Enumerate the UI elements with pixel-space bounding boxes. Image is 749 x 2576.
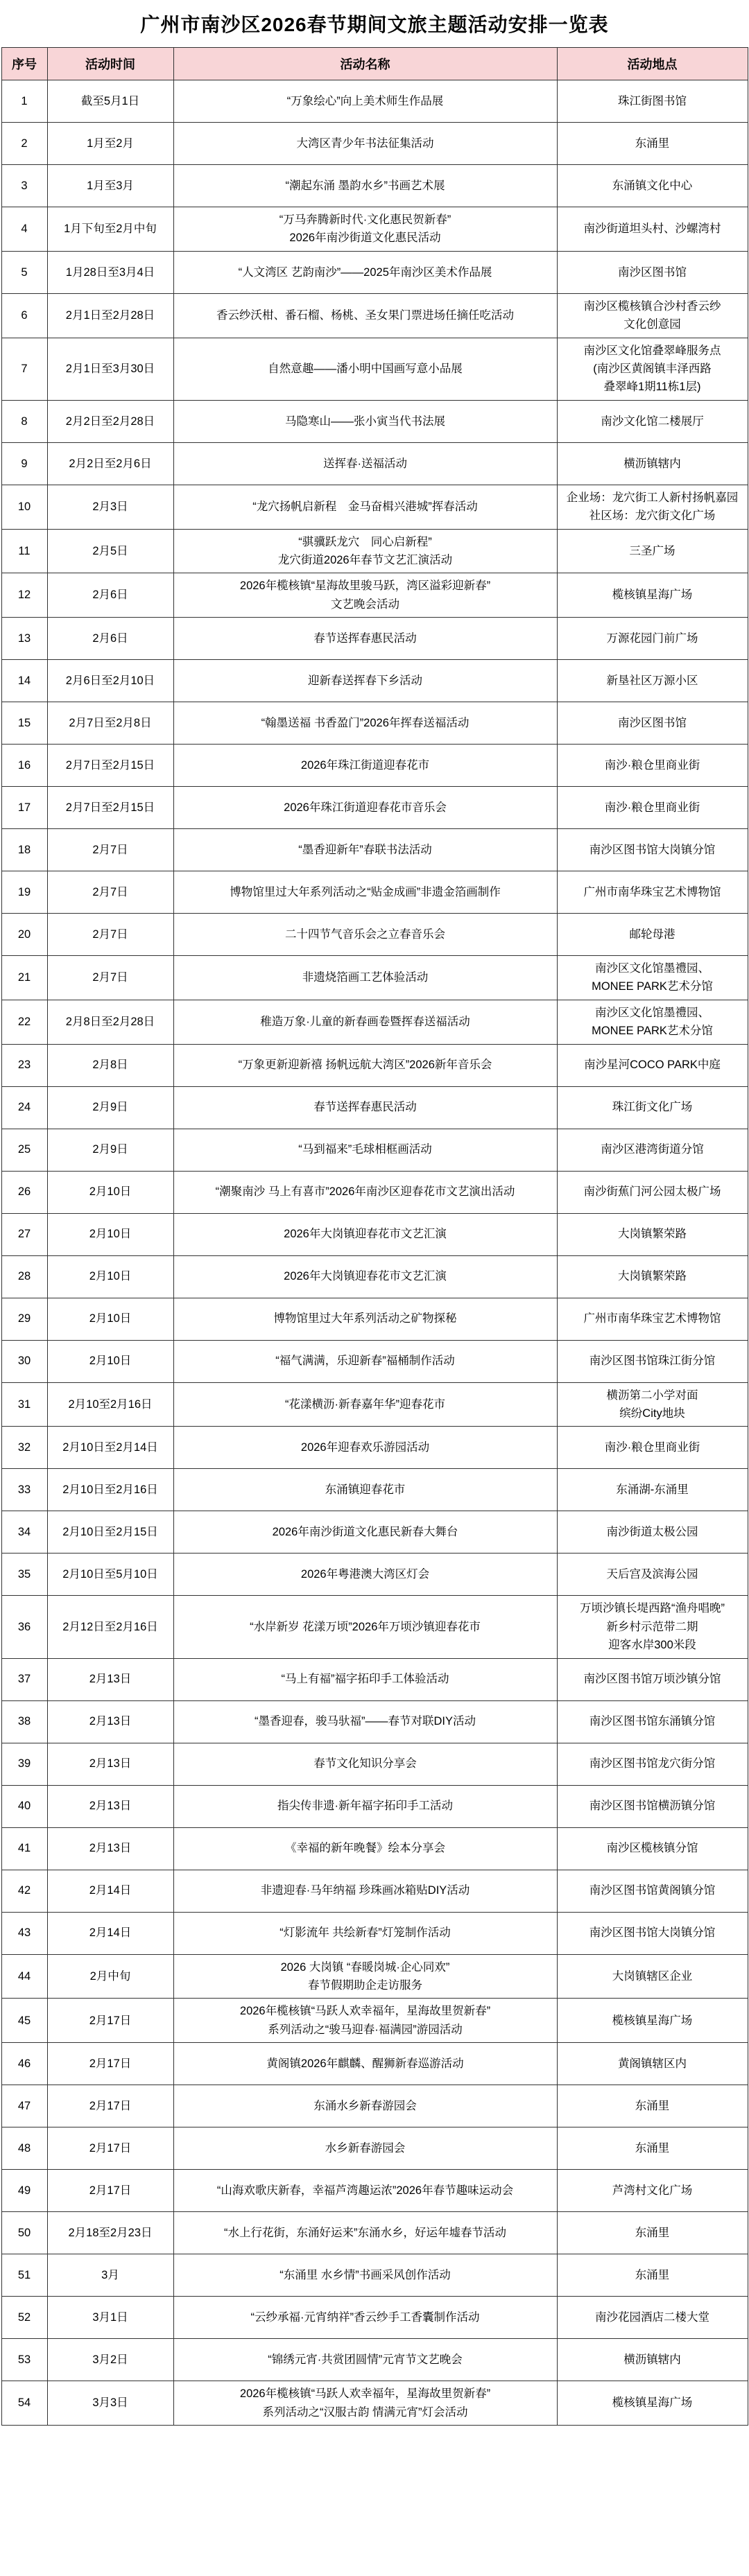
cell-activity-name: 2026年大岗镇迎春花市文艺汇演 bbox=[173, 1213, 557, 1255]
cell-activity-location: 广州市南华珠宝艺术博物馆 bbox=[557, 1298, 748, 1340]
table-row: 37 2月13日 “马上有福”福字拓印手工体验活动 南沙区图书馆万顷沙镇分馆 bbox=[1, 1658, 748, 1700]
cell-activity-time: 2月13日 bbox=[47, 1827, 173, 1870]
cell-activity-location: 大岗镇繁荣路 bbox=[557, 1255, 748, 1298]
cell-activity-name: 指尖传非遗·新年福字拓印手工活动 bbox=[173, 1785, 557, 1827]
cell-serial-number: 29 bbox=[1, 1298, 47, 1340]
cell-activity-name: “马上有福”福字拓印手工体验活动 bbox=[173, 1658, 557, 1700]
cell-activity-name: 二十四节气音乐会之立春音乐会 bbox=[173, 914, 557, 956]
cell-activity-name: 稚造万象·儿童的新春画卷暨挥春送福活动 bbox=[173, 1000, 557, 1044]
cell-activity-name: “翰墨送福 书香盈门”2026年挥春送福活动 bbox=[173, 702, 557, 745]
cell-activity-time: 2月10日至2月16日 bbox=[47, 1469, 173, 1511]
cell-activity-location: 广州市南华珠宝艺术博物馆 bbox=[557, 871, 748, 914]
cell-serial-number: 2 bbox=[1, 123, 47, 165]
cell-activity-location: 万顷沙镇长堤西路“渔舟唱晚” 新乡村示范带二期 迎客水岸300米段 bbox=[557, 1596, 748, 1658]
cell-activity-location: 南沙区图书馆大岗镇分馆 bbox=[557, 1912, 748, 1954]
table-row: 30 2月10日 “福气满满，乐迎新春”福桶制作活动 南沙区图书馆珠江街分馆 bbox=[1, 1340, 748, 1382]
cell-activity-time: 2月18至2月23日 bbox=[47, 2212, 173, 2254]
cell-activity-time: 2月7日 bbox=[47, 914, 173, 956]
cell-activity-name: 水乡新春游园会 bbox=[173, 2127, 557, 2170]
table-row: 40 2月13日 指尖传非遗·新年福字拓印手工活动 南沙区图书馆横沥镇分馆 bbox=[1, 1785, 748, 1827]
cell-activity-location: 南沙区图书馆龙穴街分馆 bbox=[557, 1743, 748, 1785]
table-row: 11 2月5日 “骐骥跃龙穴 同心启新程” 龙穴街道2026年春节文艺汇演活动 … bbox=[1, 529, 748, 573]
table-row: 29 2月10日 博物馆里过大年系列活动之矿物探秘 广州市南华珠宝艺术博物馆 bbox=[1, 1298, 748, 1340]
table-row: 4 1月下旬至2月中旬 “万马奔腾新时代·文化惠民贺新春” 2026年南沙街道文… bbox=[1, 207, 748, 252]
cell-activity-location: 南沙文化馆二楼展厅 bbox=[557, 400, 748, 442]
cell-activity-name: 博物馆里过大年系列活动之矿物探秘 bbox=[173, 1298, 557, 1340]
cell-activity-name: 马隐寒山——张小寅当代书法展 bbox=[173, 400, 557, 442]
cell-serial-number: 4 bbox=[1, 207, 47, 252]
cell-activity-time: 2月6日至2月10日 bbox=[47, 660, 173, 702]
cell-activity-name: “水上行花街，东涌好运来”东涌水乡，好运年墟春节活动 bbox=[173, 2212, 557, 2254]
cell-activity-time: 3月3日 bbox=[47, 2381, 173, 2426]
cell-serial-number: 18 bbox=[1, 829, 47, 871]
cell-activity-name: 2026年南沙街道文化惠民新春大舞台 bbox=[173, 1511, 557, 1554]
table-row: 15 2月7日至2月8日 “翰墨送福 书香盈门”2026年挥春送福活动 南沙区图… bbox=[1, 702, 748, 745]
cell-activity-name: 香云纱沃柑、番石榴、杨桃、圣女果门票进场任摘任吃活动 bbox=[173, 293, 557, 338]
table-row: 51 3月 “东涌里 水乡情”书画采风创作活动 东涌里 bbox=[1, 2254, 748, 2297]
table-row: 5 1月28日至3月4日 “人文湾区 艺韵南沙”——2025年南沙区美术作品展 … bbox=[1, 251, 748, 293]
cell-activity-time: 2月1日至2月28日 bbox=[47, 293, 173, 338]
cell-activity-location: 南沙区图书馆万顷沙镇分馆 bbox=[557, 1658, 748, 1700]
table-header-row: 序号 活动时间 活动名称 活动地点 bbox=[1, 48, 748, 80]
cell-activity-time: 2月17日 bbox=[47, 2043, 173, 2085]
table-row: 54 3月3日 2026年榄核镇“马跃人欢幸福年，星海故里贺新春” 系列活动之“… bbox=[1, 2381, 748, 2426]
table-row: 38 2月13日 “墨香迎春，骏马驮福”——春节对联DIY活动 南沙区图书馆东涌… bbox=[1, 1700, 748, 1743]
cell-activity-name: 大湾区青少年书法征集活动 bbox=[173, 123, 557, 165]
cell-activity-location: 南沙区文化馆叠翠峰服务点 (南沙区黄阁镇丰泽西路 叠翠峰1期11栋1层) bbox=[557, 338, 748, 400]
cell-activity-time: 2月3日 bbox=[47, 485, 173, 529]
cell-activity-time: 3月2日 bbox=[47, 2339, 173, 2381]
cell-activity-name: 春节送挥春惠民活动 bbox=[173, 1086, 557, 1129]
cell-serial-number: 43 bbox=[1, 1912, 47, 1954]
cell-serial-number: 54 bbox=[1, 2381, 47, 2426]
cell-activity-time: 2月12日至2月16日 bbox=[47, 1596, 173, 1658]
cell-activity-name: 2026年榄核镇“马跃人欢幸福年，星海故里贺新春” 系列活动之“汉服古韵 情满元… bbox=[173, 2381, 557, 2426]
table-row: 22 2月8日至2月28日 稚造万象·儿童的新春画卷暨挥春送福活动 南沙区文化馆… bbox=[1, 1000, 748, 1044]
table-row: 47 2月17日 东涌水乡新春游园会 东涌里 bbox=[1, 2085, 748, 2127]
cell-serial-number: 16 bbox=[1, 745, 47, 787]
cell-activity-time: 2月17日 bbox=[47, 1999, 173, 2043]
cell-serial-number: 19 bbox=[1, 871, 47, 914]
table-row: 44 2月中旬 2026 大岗镇 “春暖岗城·企心同欢” 春节假期助企走访服务 … bbox=[1, 1954, 748, 1999]
table-row: 53 3月2日 “锦绣元宵·共赏团圆情”元宵节文艺晚会 横沥镇辖内 bbox=[1, 2339, 748, 2381]
cell-activity-time: 3月 bbox=[47, 2254, 173, 2297]
cell-serial-number: 38 bbox=[1, 1700, 47, 1743]
cell-activity-name: “马到福来”毛球相框画活动 bbox=[173, 1129, 557, 1171]
cell-serial-number: 52 bbox=[1, 2297, 47, 2339]
cell-activity-location: 万源花园门前广场 bbox=[557, 618, 748, 660]
cell-activity-time: 2月10日 bbox=[47, 1340, 173, 1382]
cell-activity-location: 南沙区榄核镇分馆 bbox=[557, 1827, 748, 1870]
cell-activity-location: 南沙星河COCO PARK中庭 bbox=[557, 1044, 748, 1086]
cell-activity-time: 2月中旬 bbox=[47, 1954, 173, 1999]
table-row: 49 2月17日 “山海欢歌庆新春，幸福芦湾趣运浓”2026年春节趣味运动会 芦… bbox=[1, 2170, 748, 2212]
cell-activity-name: 东涌水乡新春游园会 bbox=[173, 2085, 557, 2127]
cell-activity-name: 2026年迎春欢乐游园活动 bbox=[173, 1427, 557, 1469]
cell-serial-number: 31 bbox=[1, 1382, 47, 1427]
cell-activity-location: 南沙花园酒店二楼大堂 bbox=[557, 2297, 748, 2339]
cell-activity-name: 博物馆里过大年系列活动之“贴金成画”非遗金箔画制作 bbox=[173, 871, 557, 914]
cell-activity-name: 2026 大岗镇 “春暖岗城·企心同欢” 春节假期助企走访服务 bbox=[173, 1954, 557, 1999]
table-row: 35 2月10日至5月10日 2026年粤港澳大湾区灯会 天后宫及滨海公园 bbox=[1, 1554, 748, 1596]
cell-activity-name: “万象绘心”向上美术师生作品展 bbox=[173, 80, 557, 123]
cell-serial-number: 11 bbox=[1, 529, 47, 573]
cell-activity-name: “东涌里 水乡情”书画采风创作活动 bbox=[173, 2254, 557, 2297]
cell-activity-name: 黄阁镇2026年麒麟、醒狮新春巡游活动 bbox=[173, 2043, 557, 2085]
activities-table: 序号 活动时间 活动名称 活动地点 1 截至5月1日 “万象绘心”向上美术师生作… bbox=[1, 47, 748, 2426]
cell-activity-location: 南沙区图书馆 bbox=[557, 702, 748, 745]
cell-activity-name: “潮聚南沙 马上有喜市”2026年南沙区迎春花市文艺演出活动 bbox=[173, 1171, 557, 1213]
cell-activity-name: 春节送挥春惠民活动 bbox=[173, 618, 557, 660]
cell-activity-name: “灯影流年 共绘新春”灯笼制作活动 bbox=[173, 1912, 557, 1954]
cell-activity-location: 三圣广场 bbox=[557, 529, 748, 573]
table-row: 50 2月18至2月23日 “水上行花街，东涌好运来”东涌水乡，好运年墟春节活动… bbox=[1, 2212, 748, 2254]
cell-activity-location: 南沙区图书馆黄阁镇分馆 bbox=[557, 1870, 748, 1912]
cell-activity-name: 非遗迎春·马年纳福 珍珠画冰箱贴DIY活动 bbox=[173, 1870, 557, 1912]
cell-activity-name: 自然意趣——潘小明中国画写意小品展 bbox=[173, 338, 557, 400]
cell-activity-location: 新垦社区万源小区 bbox=[557, 660, 748, 702]
cell-serial-number: 42 bbox=[1, 1870, 47, 1912]
cell-activity-location: 东涌里 bbox=[557, 2212, 748, 2254]
cell-activity-location: 南沙区图书馆珠江街分馆 bbox=[557, 1340, 748, 1382]
cell-activity-time: 2月17日 bbox=[47, 2170, 173, 2212]
cell-serial-number: 21 bbox=[1, 956, 47, 1000]
cell-activity-time: 2月9日 bbox=[47, 1129, 173, 1171]
cell-activity-time: 2月10日 bbox=[47, 1171, 173, 1213]
cell-activity-time: 2月13日 bbox=[47, 1658, 173, 1700]
table-row: 27 2月10日 2026年大岗镇迎春花市文艺汇演 大岗镇繁荣路 bbox=[1, 1213, 748, 1255]
cell-activity-time: 1月28日至3月4日 bbox=[47, 251, 173, 293]
cell-activity-name: “墨香迎春，骏马驮福”——春节对联DIY活动 bbox=[173, 1700, 557, 1743]
cell-activity-location: 南沙街道坦头村、沙螺湾村 bbox=[557, 207, 748, 252]
table-row: 43 2月14日 “灯影流年 共绘新春”灯笼制作活动 南沙区图书馆大岗镇分馆 bbox=[1, 1912, 748, 1954]
cell-activity-location: 榄核镇星海广场 bbox=[557, 1999, 748, 2043]
table-row: 52 3月1日 “云纱承福·元宵纳祥”香云纱手工香囊制作活动 南沙花园酒店二楼大… bbox=[1, 2297, 748, 2339]
cell-activity-name: “骐骥跃龙穴 同心启新程” 龙穴街道2026年春节文艺汇演活动 bbox=[173, 529, 557, 573]
cell-serial-number: 13 bbox=[1, 618, 47, 660]
cell-activity-location: 东涌里 bbox=[557, 123, 748, 165]
cell-activity-location: 南沙区港湾街道分馆 bbox=[557, 1129, 748, 1171]
header-activity-name: 活动名称 bbox=[173, 48, 557, 80]
cell-activity-location: 南沙街蕉门河公园太极广场 bbox=[557, 1171, 748, 1213]
cell-serial-number: 30 bbox=[1, 1340, 47, 1382]
cell-activity-name: 2026年榄核镇“星海故里骏马跃，湾区溢彩迎新春” 文艺晚会活动 bbox=[173, 573, 557, 618]
cell-activity-location: 黄阁镇辖区内 bbox=[557, 2043, 748, 2085]
cell-activity-location: 东涌里 bbox=[557, 2085, 748, 2127]
cell-serial-number: 24 bbox=[1, 1086, 47, 1129]
table-row: 24 2月9日 春节送挥春惠民活动 珠江街文化广场 bbox=[1, 1086, 748, 1129]
cell-activity-time: 2月7日 bbox=[47, 956, 173, 1000]
cell-activity-location: 南沙区图书馆大岗镇分馆 bbox=[557, 829, 748, 871]
cell-activity-time: 1月下旬至2月中旬 bbox=[47, 207, 173, 252]
table-row: 25 2月9日 “马到福来”毛球相框画活动 南沙区港湾街道分馆 bbox=[1, 1129, 748, 1171]
cell-serial-number: 1 bbox=[1, 80, 47, 123]
table-row: 2 1月至2月 大湾区青少年书法征集活动 东涌里 bbox=[1, 123, 748, 165]
header-serial-number: 序号 bbox=[1, 48, 47, 80]
cell-activity-location: 横沥镇辖内 bbox=[557, 442, 748, 485]
cell-activity-name: “云纱承福·元宵纳祥”香云纱手工香囊制作活动 bbox=[173, 2297, 557, 2339]
table-row: 26 2月10日 “潮聚南沙 马上有喜市”2026年南沙区迎春花市文艺演出活动 … bbox=[1, 1171, 748, 1213]
cell-activity-name: 《幸福的新年晚餐》绘本分享会 bbox=[173, 1827, 557, 1870]
table-row: 34 2月10日至2月15日 2026年南沙街道文化惠民新春大舞台 南沙街道太极… bbox=[1, 1511, 748, 1554]
table-row: 17 2月7日至2月15日 2026年珠江街道迎春花市音乐会 南沙·粮仓里商业街 bbox=[1, 787, 748, 829]
table-row: 39 2月13日 春节文化知识分享会 南沙区图书馆龙穴街分馆 bbox=[1, 1743, 748, 1785]
page-title: 广州市南沙区2026春节期间文旅主题活动安排一览表 bbox=[0, 0, 749, 47]
cell-activity-time: 2月8日至2月28日 bbox=[47, 1000, 173, 1044]
cell-activity-location: 东涌湖-东涌里 bbox=[557, 1469, 748, 1511]
table-body: 1 截至5月1日 “万象绘心”向上美术师生作品展 珠江街图书馆 2 1月至2月 … bbox=[1, 80, 748, 2426]
cell-serial-number: 8 bbox=[1, 400, 47, 442]
cell-activity-time: 2月6日 bbox=[47, 573, 173, 618]
cell-activity-name: 东涌镇迎春花市 bbox=[173, 1469, 557, 1511]
cell-activity-name: “万象更新迎新禧 扬帆远航大湾区”2026新年音乐会 bbox=[173, 1044, 557, 1086]
cell-serial-number: 39 bbox=[1, 1743, 47, 1785]
cell-activity-time: 2月14日 bbox=[47, 1912, 173, 1954]
cell-activity-location: 南沙·粮仓里商业街 bbox=[557, 745, 748, 787]
cell-activity-location: 东涌里 bbox=[557, 2127, 748, 2170]
cell-activity-location: 南沙区文化馆墨禮园、 MONEE PARK艺术分馆 bbox=[557, 956, 748, 1000]
cell-activity-location: 珠江街图书馆 bbox=[557, 80, 748, 123]
table-row: 33 2月10日至2月16日 东涌镇迎春花市 东涌湖-东涌里 bbox=[1, 1469, 748, 1511]
table-row: 28 2月10日 2026年大岗镇迎春花市文艺汇演 大岗镇繁荣路 bbox=[1, 1255, 748, 1298]
cell-activity-time: 2月7日 bbox=[47, 829, 173, 871]
cell-activity-name: “龙穴扬帆启新程 金马奋楫兴港城”挥春活动 bbox=[173, 485, 557, 529]
cell-activity-location: 天后宫及滨海公园 bbox=[557, 1554, 748, 1596]
cell-activity-time: 2月7日至2月8日 bbox=[47, 702, 173, 745]
cell-activity-time: 2月9日 bbox=[47, 1086, 173, 1129]
cell-serial-number: 7 bbox=[1, 338, 47, 400]
cell-activity-name: “潮起东涌 墨韵水乡”书画艺术展 bbox=[173, 165, 557, 207]
cell-serial-number: 34 bbox=[1, 1511, 47, 1554]
cell-serial-number: 46 bbox=[1, 2043, 47, 2085]
cell-serial-number: 14 bbox=[1, 660, 47, 702]
cell-serial-number: 20 bbox=[1, 914, 47, 956]
header-activity-time: 活动时间 bbox=[47, 48, 173, 80]
cell-activity-name: “万马奔腾新时代·文化惠民贺新春” 2026年南沙街道文化惠民活动 bbox=[173, 207, 557, 252]
cell-activity-location: 大岗镇繁荣路 bbox=[557, 1213, 748, 1255]
cell-activity-time: 2月10日至5月10日 bbox=[47, 1554, 173, 1596]
cell-serial-number: 26 bbox=[1, 1171, 47, 1213]
cell-activity-location: 南沙区图书馆横沥镇分馆 bbox=[557, 1785, 748, 1827]
cell-activity-name: “福气满满，乐迎新春”福桶制作活动 bbox=[173, 1340, 557, 1382]
cell-activity-name: 非遗烧箔画工艺体验活动 bbox=[173, 956, 557, 1000]
cell-activity-time: 2月7日至2月15日 bbox=[47, 745, 173, 787]
cell-activity-location: 南沙区文化馆墨禮园、 MONEE PARK艺术分馆 bbox=[557, 1000, 748, 1044]
cell-activity-name: “人文湾区 艺韵南沙”——2025年南沙区美术作品展 bbox=[173, 251, 557, 293]
cell-activity-time: 2月7日至2月15日 bbox=[47, 787, 173, 829]
cell-activity-name: “锦绣元宵·共赏团圆情”元宵节文艺晚会 bbox=[173, 2339, 557, 2381]
cell-activity-time: 2月10日 bbox=[47, 1255, 173, 1298]
table-row: 23 2月8日 “万象更新迎新禧 扬帆远航大湾区”2026新年音乐会 南沙星河C… bbox=[1, 1044, 748, 1086]
cell-activity-name: “墨香迎新年”春联书法活动 bbox=[173, 829, 557, 871]
cell-activity-time: 2月14日 bbox=[47, 1870, 173, 1912]
table-row: 18 2月7日 “墨香迎新年”春联书法活动 南沙区图书馆大岗镇分馆 bbox=[1, 829, 748, 871]
cell-activity-name: 2026年粤港澳大湾区灯会 bbox=[173, 1554, 557, 1596]
cell-activity-name: “花漾横沥·新春嘉年华”迎春花市 bbox=[173, 1382, 557, 1427]
cell-activity-location: 南沙街道太极公园 bbox=[557, 1511, 748, 1554]
cell-activity-name: “山海欢歌庆新春，幸福芦湾趣运浓”2026年春节趣味运动会 bbox=[173, 2170, 557, 2212]
cell-activity-time: 1月至2月 bbox=[47, 123, 173, 165]
cell-serial-number: 15 bbox=[1, 702, 47, 745]
cell-activity-time: 2月8日 bbox=[47, 1044, 173, 1086]
cell-serial-number: 53 bbox=[1, 2339, 47, 2381]
cell-serial-number: 41 bbox=[1, 1827, 47, 1870]
table-row: 13 2月6日 春节送挥春惠民活动 万源花园门前广场 bbox=[1, 618, 748, 660]
cell-activity-location: 南沙·粮仓里商业街 bbox=[557, 1427, 748, 1469]
cell-activity-name: 2026年大岗镇迎春花市文艺汇演 bbox=[173, 1255, 557, 1298]
cell-serial-number: 6 bbox=[1, 293, 47, 338]
cell-serial-number: 36 bbox=[1, 1596, 47, 1658]
table-row: 19 2月7日 博物馆里过大年系列活动之“贴金成画”非遗金箔画制作 广州市南华珠… bbox=[1, 871, 748, 914]
cell-activity-time: 2月13日 bbox=[47, 1743, 173, 1785]
cell-activity-location: 榄核镇星海广场 bbox=[557, 573, 748, 618]
cell-activity-location: 邮轮母港 bbox=[557, 914, 748, 956]
cell-activity-location: 珠江街文化广场 bbox=[557, 1086, 748, 1129]
cell-serial-number: 5 bbox=[1, 251, 47, 293]
cell-serial-number: 9 bbox=[1, 442, 47, 485]
table-row: 10 2月3日 “龙穴扬帆启新程 金马奋楫兴港城”挥春活动 企业场：龙穴街工人新… bbox=[1, 485, 748, 529]
cell-activity-location: 南沙区榄核镇合沙村香云纱 文化创意园 bbox=[557, 293, 748, 338]
cell-activity-name: 2026年珠江街道迎春花市音乐会 bbox=[173, 787, 557, 829]
cell-activity-time: 2月1日至3月30日 bbox=[47, 338, 173, 400]
cell-activity-time: 2月10日至2月14日 bbox=[47, 1427, 173, 1469]
cell-serial-number: 47 bbox=[1, 2085, 47, 2127]
cell-activity-time: 2月5日 bbox=[47, 529, 173, 573]
cell-activity-time: 2月6日 bbox=[47, 618, 173, 660]
cell-serial-number: 45 bbox=[1, 1999, 47, 2043]
cell-activity-name: “水岸新岁 花漾万顷”2026年万顷沙镇迎春花市 bbox=[173, 1596, 557, 1658]
table-row: 46 2月17日 黄阁镇2026年麒麟、醒狮新春巡游活动 黄阁镇辖区内 bbox=[1, 2043, 748, 2085]
table-row: 48 2月17日 水乡新春游园会 东涌里 bbox=[1, 2127, 748, 2170]
table-row: 9 2月2日至2月6日 送挥春·送福活动 横沥镇辖内 bbox=[1, 442, 748, 485]
cell-serial-number: 50 bbox=[1, 2212, 47, 2254]
cell-activity-name: 迎新春送挥春下乡活动 bbox=[173, 660, 557, 702]
cell-serial-number: 23 bbox=[1, 1044, 47, 1086]
cell-activity-time: 2月2日至2月6日 bbox=[47, 442, 173, 485]
cell-serial-number: 25 bbox=[1, 1129, 47, 1171]
cell-serial-number: 32 bbox=[1, 1427, 47, 1469]
table-row: 31 2月10至2月16日 “花漾横沥·新春嘉年华”迎春花市 横沥第二小学对面 … bbox=[1, 1382, 748, 1427]
cell-activity-name: 2026年珠江街道迎春花市 bbox=[173, 745, 557, 787]
cell-serial-number: 3 bbox=[1, 165, 47, 207]
cell-serial-number: 49 bbox=[1, 2170, 47, 2212]
table-row: 45 2月17日 2026年榄核镇“马跃人欢幸福年，星海故里贺新春” 系列活动之… bbox=[1, 1999, 748, 2043]
cell-serial-number: 22 bbox=[1, 1000, 47, 1044]
cell-activity-time: 2月10至2月16日 bbox=[47, 1382, 173, 1427]
table-row: 42 2月14日 非遗迎春·马年纳福 珍珠画冰箱贴DIY活动 南沙区图书馆黄阁镇… bbox=[1, 1870, 748, 1912]
cell-serial-number: 35 bbox=[1, 1554, 47, 1596]
cell-activity-location: 横沥第二小学对面 缤纷City地块 bbox=[557, 1382, 748, 1427]
cell-serial-number: 12 bbox=[1, 573, 47, 618]
cell-serial-number: 27 bbox=[1, 1213, 47, 1255]
cell-serial-number: 33 bbox=[1, 1469, 47, 1511]
cell-activity-time: 3月1日 bbox=[47, 2297, 173, 2339]
cell-activity-name: 2026年榄核镇“马跃人欢幸福年，星海故里贺新春” 系列活动之“骏马迎春·福满园… bbox=[173, 1999, 557, 2043]
cell-activity-time: 2月2日至2月28日 bbox=[47, 400, 173, 442]
cell-activity-location: 大岗镇辖区企业 bbox=[557, 1954, 748, 1999]
cell-activity-time: 1月至3月 bbox=[47, 165, 173, 207]
cell-activity-location: 企业场：龙穴街工人新村扬帆嘉园 社区场：龙穴街文化广场 bbox=[557, 485, 748, 529]
table-row: 3 1月至3月 “潮起东涌 墨韵水乡”书画艺术展 东涌镇文化中心 bbox=[1, 165, 748, 207]
table-row: 14 2月6日至2月10日 迎新春送挥春下乡活动 新垦社区万源小区 bbox=[1, 660, 748, 702]
header-activity-location: 活动地点 bbox=[557, 48, 748, 80]
cell-activity-location: 芦湾村文化广场 bbox=[557, 2170, 748, 2212]
cell-serial-number: 37 bbox=[1, 1658, 47, 1700]
cell-activity-time: 2月13日 bbox=[47, 1700, 173, 1743]
table-row: 41 2月13日 《幸福的新年晚餐》绘本分享会 南沙区榄核镇分馆 bbox=[1, 1827, 748, 1870]
table-row: 20 2月7日 二十四节气音乐会之立春音乐会 邮轮母港 bbox=[1, 914, 748, 956]
table-row: 32 2月10日至2月14日 2026年迎春欢乐游园活动 南沙·粮仓里商业街 bbox=[1, 1427, 748, 1469]
cell-activity-time: 截至5月1日 bbox=[47, 80, 173, 123]
cell-serial-number: 40 bbox=[1, 1785, 47, 1827]
table-row: 8 2月2日至2月28日 马隐寒山——张小寅当代书法展 南沙文化馆二楼展厅 bbox=[1, 400, 748, 442]
cell-activity-time: 2月17日 bbox=[47, 2127, 173, 2170]
table-row: 12 2月6日 2026年榄核镇“星海故里骏马跃，湾区溢彩迎新春” 文艺晚会活动… bbox=[1, 573, 748, 618]
cell-serial-number: 51 bbox=[1, 2254, 47, 2297]
cell-activity-location: 南沙区图书馆东涌镇分馆 bbox=[557, 1700, 748, 1743]
table-row: 1 截至5月1日 “万象绘心”向上美术师生作品展 珠江街图书馆 bbox=[1, 80, 748, 123]
cell-activity-name: 送挥春·送福活动 bbox=[173, 442, 557, 485]
table-row: 6 2月1日至2月28日 香云纱沃柑、番石榴、杨桃、圣女果门票进场任摘任吃活动 … bbox=[1, 293, 748, 338]
cell-activity-time: 2月10日至2月15日 bbox=[47, 1511, 173, 1554]
cell-activity-time: 2月17日 bbox=[47, 2085, 173, 2127]
cell-activity-location: 东涌镇文化中心 bbox=[557, 165, 748, 207]
cell-serial-number: 28 bbox=[1, 1255, 47, 1298]
table-row: 36 2月12日至2月16日 “水岸新岁 花漾万顷”2026年万顷沙镇迎春花市 … bbox=[1, 1596, 748, 1658]
table-row: 7 2月1日至3月30日 自然意趣——潘小明中国画写意小品展 南沙区文化馆叠翠峰… bbox=[1, 338, 748, 400]
table-row: 21 2月7日 非遗烧箔画工艺体验活动 南沙区文化馆墨禮园、 MONEE PAR… bbox=[1, 956, 748, 1000]
cell-activity-location: 南沙区图书馆 bbox=[557, 251, 748, 293]
cell-activity-time: 2月10日 bbox=[47, 1213, 173, 1255]
cell-activity-time: 2月7日 bbox=[47, 871, 173, 914]
cell-activity-time: 2月10日 bbox=[47, 1298, 173, 1340]
cell-activity-location: 南沙·粮仓里商业街 bbox=[557, 787, 748, 829]
cell-activity-location: 榄核镇星海广场 bbox=[557, 2381, 748, 2426]
cell-activity-name: 春节文化知识分享会 bbox=[173, 1743, 557, 1785]
cell-activity-location: 东涌里 bbox=[557, 2254, 748, 2297]
cell-serial-number: 10 bbox=[1, 485, 47, 529]
cell-serial-number: 48 bbox=[1, 2127, 47, 2170]
cell-serial-number: 17 bbox=[1, 787, 47, 829]
cell-serial-number: 44 bbox=[1, 1954, 47, 1999]
table-row: 16 2月7日至2月15日 2026年珠江街道迎春花市 南沙·粮仓里商业街 bbox=[1, 745, 748, 787]
cell-activity-location: 横沥镇辖内 bbox=[557, 2339, 748, 2381]
page: 广州市南沙区2026春节期间文旅主题活动安排一览表 序号 活动时间 活动名称 活… bbox=[0, 0, 749, 2426]
cell-activity-time: 2月13日 bbox=[47, 1785, 173, 1827]
